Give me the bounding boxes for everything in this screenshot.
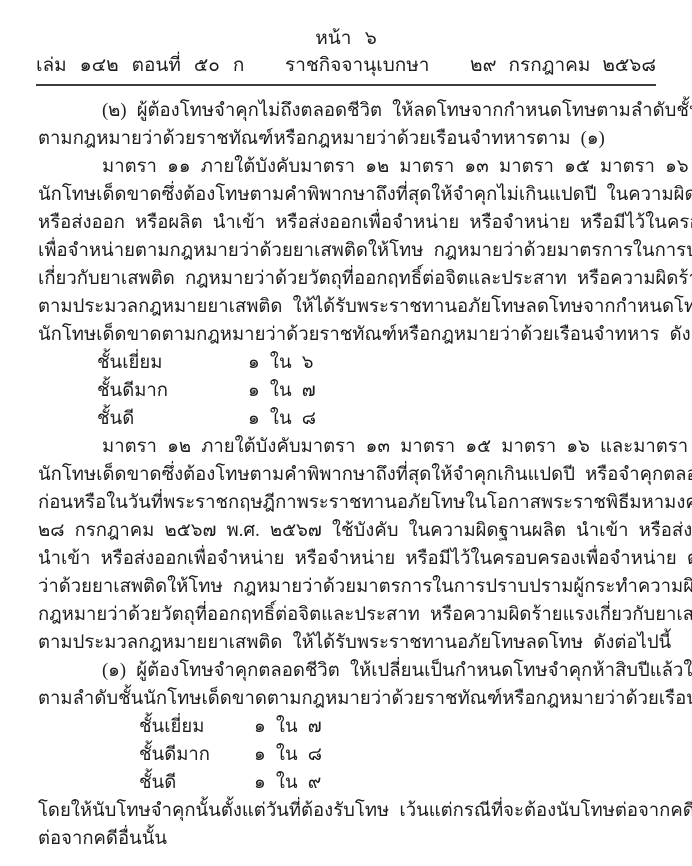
body-line: ก่อนหรือในวันที่พระราชกฤษฎีกาพระราชทานอภ… — [38, 489, 654, 517]
body-line: กฎหมายว่าด้วยวัตถุที่ออกฤทธิ์ต่อจิตและปร… — [38, 601, 654, 629]
reduction-ratio: ๑ ใน ๘ — [254, 741, 322, 769]
reduction-ratio: ๑ ใน ๙ — [254, 769, 321, 797]
issue-date: ๒๙ กรกฎาคม ๒๕๖๘ — [470, 50, 656, 80]
body-line: นักโทษเด็ดขาดซึ่งต้องโทษตามคำพิพากษาถึงท… — [38, 181, 654, 209]
body-line: มาตรา ๑๑ ภายใต้บังคับมาตรา ๑๒ มาตรา ๑๓ ม… — [38, 153, 654, 181]
penalty-reduction-row: ชั้นดีมาก ๑ ใน ๘ — [38, 741, 654, 769]
prisoner-class-label: ชั้นเยี่ยม — [97, 349, 248, 377]
date-month: กรกฎาคม — [509, 50, 591, 80]
body-line: (๑) ผู้ต้องโทษจำคุกตลอดชีวิต ให้เปลี่ยนเ… — [38, 657, 654, 685]
reduction-ratio: ๑ ใน ๗ — [248, 377, 316, 405]
prisoner-class-label: ชั้นดี — [97, 405, 248, 433]
page-number: หน้า ๖ — [0, 26, 692, 52]
body-line: ๒๘ กรกฎาคม ๒๕๖๗ พ.ศ. ๒๕๖๗ ใช้บังคับ ในคว… — [38, 517, 654, 545]
body-line: นักโทษเด็ดขาดตามกฎหมายว่าด้วยราชทัณฑ์หรื… — [38, 321, 654, 349]
prisoner-class-label: ชั้นดีมาก — [97, 377, 248, 405]
document-body: (๒) ผู้ต้องโทษจำคุกไม่ถึงตลอดชีวิต ให้ลด… — [38, 97, 654, 853]
body-line: มาตรา ๑๒ ภายใต้บังคับมาตรา ๑๓ มาตรา ๑๕ ม… — [38, 433, 654, 461]
date-year: ๒๕๖๘ — [602, 50, 656, 80]
body-line: เพื่อจำหน่ายตามกฎหมายว่าด้วยยาเสพติดให้โ… — [38, 237, 654, 265]
gazette-page: หน้า ๖ เล่ม ๑๔๒ ตอนที่ ๕๐ ก ราชกิจจานุเบ… — [0, 0, 692, 866]
body-line: นักโทษเด็ดขาดซึ่งต้องโทษตามคำพิพากษาถึงท… — [38, 461, 654, 489]
body-line: ตามประมวลกฎหมายยาเสพติด ให้ได้รับพระราชท… — [38, 293, 654, 321]
reduction-ratio: ๑ ใน ๗ — [254, 713, 322, 741]
volume-part-group: เล่ม ๑๔๒ ตอนที่ ๕๐ ก — [36, 50, 244, 80]
body-line: ตามประมวลกฎหมายยาเสพติด ให้ได้รับพระราชท… — [38, 629, 654, 657]
body-line: เกี่ยวกับยาเสพติด กฎหมายว่าด้วยวัตถุที่อ… — [38, 265, 654, 293]
reduction-ratio: ๑ ใน ๖ — [248, 349, 314, 377]
penalty-reduction-row: ชั้นเยี่ยม ๑ ใน ๖ — [38, 349, 654, 377]
reduction-ratio: ๑ ใน ๘ — [248, 405, 316, 433]
body-line: (๒) ผู้ต้องโทษจำคุกไม่ถึงตลอดชีวิต ให้ลด… — [38, 97, 654, 125]
body-line: ตามลำดับชั้นนักโทษเด็ดขาดตามกฎหมายว่าด้ว… — [38, 685, 654, 713]
part-number: ๕๐ — [194, 50, 220, 80]
part-word: ตอนที่ — [132, 50, 181, 80]
penalty-reduction-row: ชั้นดี ๑ ใน ๘ — [38, 405, 654, 433]
gazette-title: ราชกิจจานุเบกษา — [244, 50, 470, 80]
body-line: ตามกฎหมายว่าด้วยราชทัณฑ์หรือกฎหมายว่าด้ว… — [38, 125, 654, 153]
body-line: ต่อจากคดีอื่นนั้น — [38, 825, 654, 853]
body-line: นำเข้า หรือส่งออกเพื่อจำหน่าย หรือจำหน่า… — [38, 545, 654, 573]
section-letter: ก — [233, 50, 245, 80]
date-day: ๒๙ — [470, 50, 496, 80]
body-line: หรือส่งออก หรือผลิต นำเข้า หรือส่งออกเพื… — [38, 209, 654, 237]
penalty-reduction-row: ชั้นดีมาก ๑ ใน ๗ — [38, 377, 654, 405]
gazette-header: เล่ม ๑๔๒ ตอนที่ ๕๐ ก ราชกิจจานุเบกษา ๒๙ … — [36, 52, 656, 80]
body-line: โดยให้นับโทษจำคุกนั้นตั้งแต่วันที่ต้องรั… — [38, 797, 654, 825]
header-rule — [36, 84, 656, 86]
volume-number: ๑๔๒ — [80, 50, 119, 80]
penalty-reduction-row: ชั้นเยี่ยม ๑ ใน ๗ — [38, 713, 654, 741]
body-line: ว่าด้วยยาเสพติดให้โทษ กฎหมายว่าด้วยมาตรก… — [38, 573, 654, 601]
prisoner-class-label: ชั้นดีมาก — [139, 741, 254, 769]
penalty-reduction-row: ชั้นดี ๑ ใน ๙ — [38, 769, 654, 797]
volume-word: เล่ม — [36, 50, 67, 80]
prisoner-class-label: ชั้นดี — [139, 769, 254, 797]
prisoner-class-label: ชั้นเยี่ยม — [139, 713, 254, 741]
